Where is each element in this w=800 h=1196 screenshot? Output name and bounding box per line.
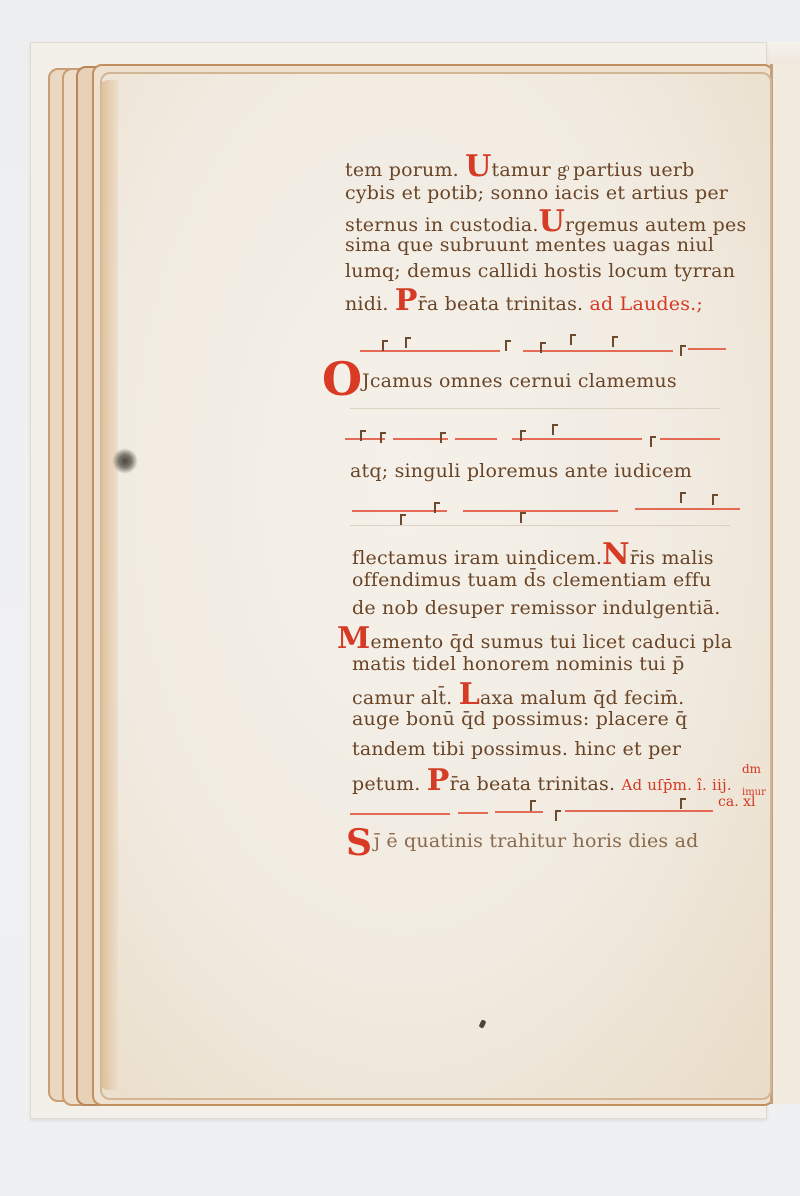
- text: flectamus iram uindicem.: [352, 547, 602, 569]
- text-line: de nob desuper remissor indulgentiā.: [352, 597, 720, 619]
- facing-page: [770, 64, 800, 1104]
- red-initial: M: [337, 621, 370, 656]
- neume: [540, 342, 546, 353]
- chant-staff-line: [565, 810, 713, 812]
- text-line: matis tidel honorem nominis tui p̄: [352, 653, 684, 675]
- text: petum.: [352, 773, 421, 795]
- text-line: camur alt̄. Laxa malum q̄d fecim̄.: [352, 680, 684, 710]
- neume: [360, 430, 366, 441]
- text-line: sternus in custodia.Urgemus autem pes: [345, 207, 746, 237]
- ruling-line: [350, 525, 730, 526]
- chant-staff-line: [352, 510, 447, 512]
- rubric: ad Laudes.;: [590, 293, 704, 315]
- neume: [650, 436, 656, 447]
- text: tamur gͦ partius uerb: [492, 159, 695, 181]
- neume: [380, 432, 386, 443]
- neume: [570, 334, 576, 345]
- text-line: j̄ ē quatinis trahitur horis dies ad: [374, 830, 699, 852]
- neume: [680, 492, 686, 503]
- neume: [434, 502, 440, 513]
- neume: [712, 494, 718, 505]
- text-line: tandem tibi possimus. hinc et per: [352, 738, 681, 760]
- margin-note: ca. xl: [718, 794, 755, 810]
- neume: [680, 798, 686, 809]
- text-line: auge bonū q̄d possimus: placere q̄: [352, 708, 688, 730]
- chant-staff-line: [455, 438, 497, 440]
- neume: [400, 514, 406, 525]
- text-line: tem porum. Utamur gͦ partius uerb: [345, 152, 694, 182]
- neume: [520, 430, 526, 441]
- text-line: atq; singuli ploremus ante iudicem: [350, 460, 692, 482]
- text: r̄is malis: [630, 547, 714, 569]
- neume: [552, 424, 558, 435]
- text: tem porum.: [345, 159, 459, 181]
- red-initial: L: [459, 677, 480, 712]
- red-initial: P: [395, 283, 418, 318]
- chant-staff-line: [635, 508, 740, 510]
- ruling-line: [350, 408, 720, 409]
- decorated-initial-O: O: [322, 352, 362, 406]
- text: r̄a beata trinitas.: [450, 773, 616, 795]
- red-initial: N: [602, 537, 630, 572]
- text-line: cybis et potib; sonno iacis et artius pe…: [345, 182, 728, 204]
- neume: [520, 512, 526, 523]
- neume: [505, 340, 511, 351]
- neume: [680, 345, 686, 356]
- text: emento q̄d sumus tui licet caduci pla: [370, 631, 732, 653]
- stain-spot: [112, 448, 138, 474]
- text-line: nidi. Pr̄a beata trinitas. ad Laudes.;: [345, 286, 703, 316]
- text: axa malum q̄d fecim̄.: [480, 687, 684, 709]
- text: rgemus autem pes: [565, 214, 746, 236]
- neume: [440, 432, 446, 443]
- text-line: lumq; demus callidi hostis locum tyrran: [345, 260, 735, 282]
- text-line: sima que subruunt mentes uagas niul: [345, 234, 714, 256]
- text: sternus in custodia.: [345, 214, 539, 236]
- decorated-initial-S: S: [346, 822, 372, 864]
- chant-staff-line: [512, 438, 642, 440]
- chant-staff-line: [350, 813, 450, 815]
- text: r̄a beata trinitas.: [418, 293, 584, 315]
- neume: [405, 337, 411, 348]
- chant-staff-line: [458, 812, 488, 814]
- text: nidi.: [345, 293, 389, 315]
- chant-staff-line: [688, 348, 726, 350]
- chant-staff-line: [463, 510, 618, 512]
- neume: [382, 340, 388, 351]
- text-line: flectamus iram uindicem.Nr̄is malis: [352, 540, 714, 570]
- red-initial: P: [427, 763, 450, 798]
- page-edge: [100, 80, 118, 1090]
- text-line: Memento q̄d sumus tui licet caduci pla: [337, 624, 732, 654]
- neume: [555, 810, 561, 821]
- text-line: Jcamus omnes cernui clamemus: [362, 370, 677, 392]
- text-line: petum. Pr̄a beata trinitas. Ad uſp̄m. î.…: [352, 766, 732, 796]
- chant-staff-line: [660, 438, 720, 440]
- rubric: Ad uſp̄m. î. iij.: [621, 776, 731, 794]
- red-initial: U: [465, 149, 491, 184]
- neume: [612, 336, 618, 347]
- text: camur alt̄.: [352, 687, 452, 709]
- chant-staff-line: [495, 811, 543, 813]
- text-line: offendimus tuam d̄s clementiam effu: [352, 569, 711, 591]
- neume: [530, 800, 536, 811]
- margin-note: dm: [742, 762, 761, 776]
- chant-staff-line: [360, 350, 500, 352]
